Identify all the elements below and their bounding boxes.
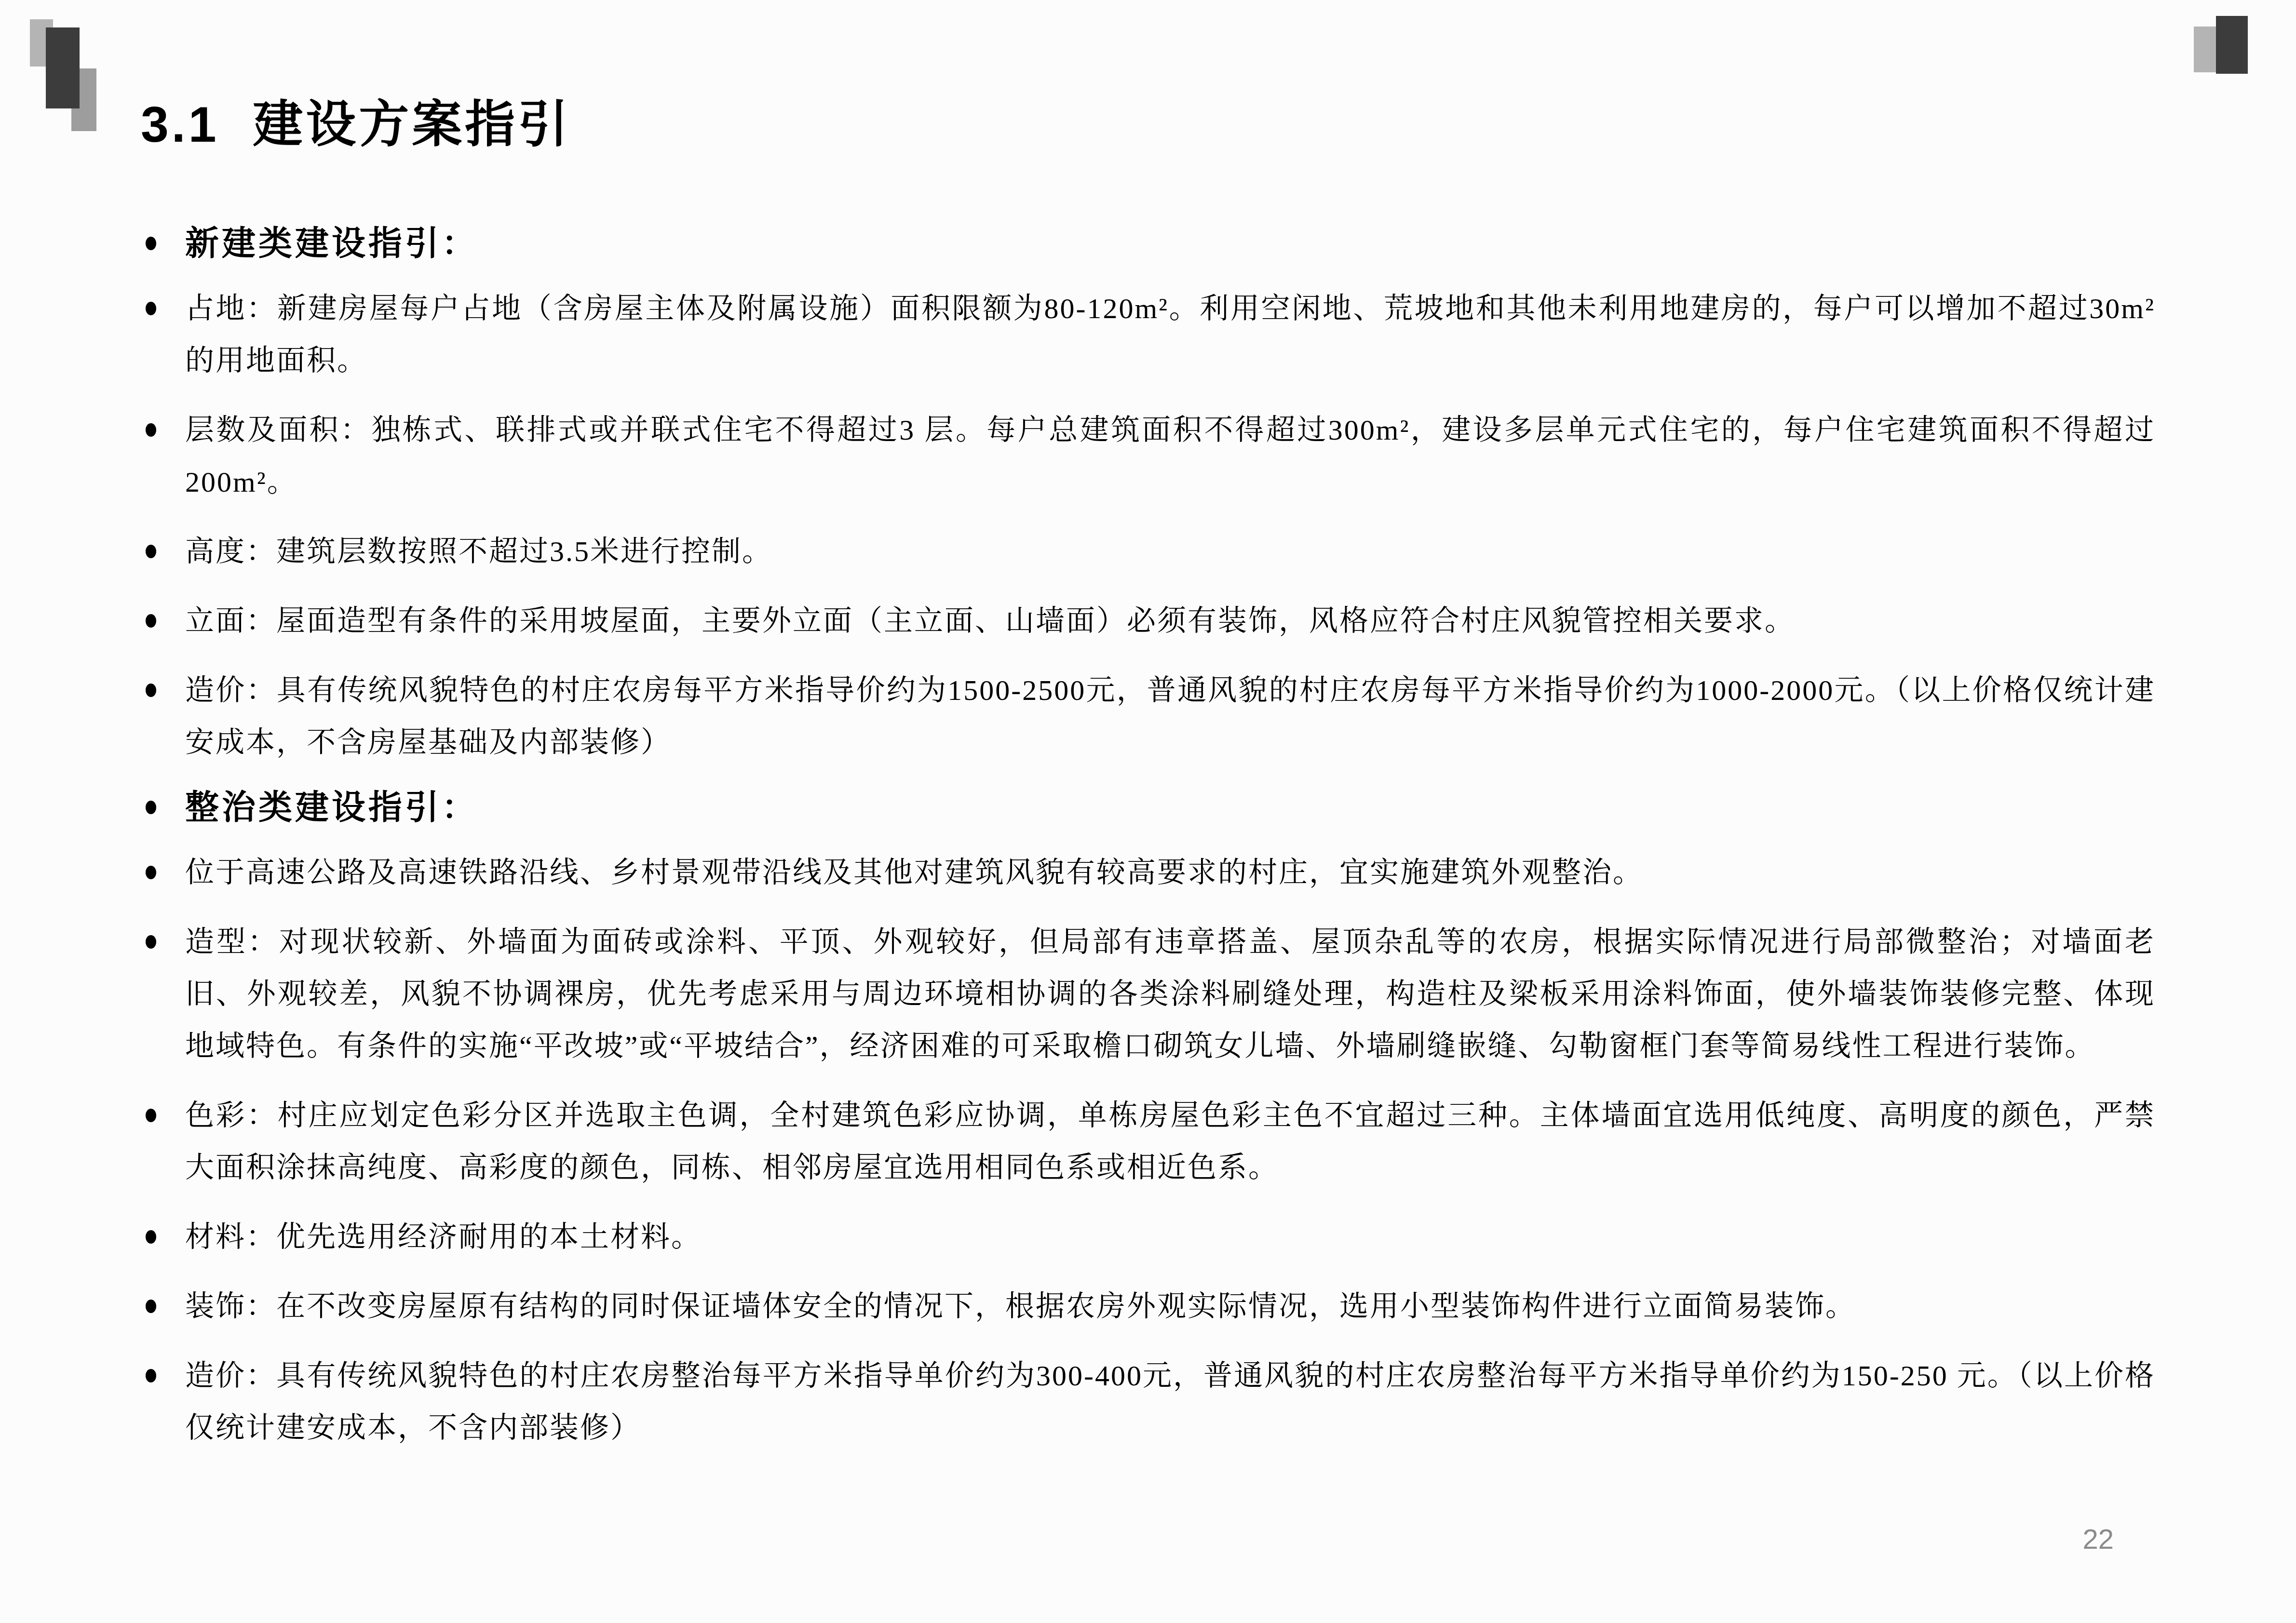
page-title: 3.1 建设方案指引 (0, 0, 2296, 154)
page-number: 22 (2082, 1523, 2114, 1556)
bullet-text: 占地：新建房屋每户占地（含房屋主体及附属设施）面积限额为80-120m²。利用空… (185, 293, 2155, 376)
bullet-item-material: 材料：优先选用经济耐用的本土材料。 (141, 1211, 2155, 1263)
bullet-dot-icon (146, 1109, 156, 1122)
bullet-dot-icon (146, 935, 156, 949)
bullet-item-height: 高度：建筑层数按照不超过3.5米进行控制。 (141, 525, 2155, 577)
bullet-dot-icon (146, 1230, 156, 1244)
bullet-dot-icon (146, 302, 156, 315)
bullet-dot-icon (146, 237, 156, 250)
bullet-text: 位于高速公路及高速铁路沿线、乡村景观带沿线及其他对建筑风貌有较高要求的村庄，宜实… (185, 857, 1643, 888)
bullet-text: 立面：屋面造型有条件的采用坡屋面，主要外立面（主立面、山墙面）必须有装饰，风格应… (185, 605, 1795, 637)
bullet-text: 材料：优先选用经济耐用的本土材料。 (185, 1221, 702, 1253)
section-heading-text: 新建类建设指引： (185, 225, 478, 262)
bullet-item-color: 色彩：村庄应划定色彩分区并选取主色调，全村建筑色彩应协调，单栋房屋色彩主色不宜超… (141, 1089, 2155, 1194)
bullet-text: 高度：建筑层数按照不超过3.5米进行控制。 (185, 536, 772, 567)
bullet-text: 造价：具有传统风貌特色的村庄农房整治每平方米指导单价约为300-400元，普通风… (185, 1360, 2155, 1444)
guideline-list: 新建类建设指引： 占地：新建房屋每户占地（含房屋主体及附属设施）面积限额为80-… (141, 222, 2155, 1454)
bullet-item-decoration: 装饰：在不改变房屋原有结构的同时保证墙体安全的情况下，根据农房外观实际情况，选用… (141, 1280, 2155, 1332)
bullet-item-land: 占地：新建房屋每户占地（含房屋主体及附属设施）面积限额为80-120m²。利用空… (141, 282, 2155, 387)
bullet-dot-icon (146, 866, 156, 879)
bullet-item-shape: 造型：对现状较新、外墙面为面砖或涂料、平顶、外观较好，但局部有违章搭盖、屋顶杂乱… (141, 916, 2155, 1072)
bullet-dot-icon (146, 1369, 156, 1382)
bullet-text: 造型：对现状较新、外墙面为面砖或涂料、平顶、外观较好，但局部有违章搭盖、屋顶杂乱… (185, 926, 2155, 1062)
bullet-dot-icon (146, 614, 156, 628)
bullet-dot-icon (146, 545, 156, 558)
section-heading-text: 整治类建设指引： (185, 789, 478, 826)
bullet-item-cost-renovation: 造价：具有传统风貌特色的村庄农房整治每平方米指导单价约为300-400元，普通风… (141, 1350, 2155, 1454)
section-heading-renovation: 整治类建设指引： (141, 786, 2155, 829)
section-heading-newbuild: 新建类建设指引： (141, 222, 2155, 265)
corner-decor-rect-dark-topleft (46, 27, 80, 108)
bullet-dot-icon (146, 684, 156, 697)
bullet-item-facade: 立面：屋面造型有条件的采用坡屋面，主要外立面（主立面、山墙面）必须有装饰，风格应… (141, 595, 2155, 647)
bullet-dot-icon (146, 1300, 156, 1313)
corner-decor-rect-dark-topright (2216, 16, 2248, 74)
bullet-item-floors-area: 层数及面积：独栋式、联排式或并联式住宅不得超过3 层。每户总建筑面积不得超过30… (141, 404, 2155, 508)
bullet-item-cost-newbuild: 造价：具有传统风貌特色的村庄农房每平方米指导价约为1500-2500元，普通风貌… (141, 664, 2155, 768)
bullet-text: 装饰：在不改变房屋原有结构的同时保证墙体安全的情况下，根据农房外观实际情况，选用… (185, 1290, 1856, 1322)
bullet-dot-icon (146, 423, 156, 437)
bullet-text: 层数及面积：独栋式、联排式或并联式住宅不得超过3 层。每户总建筑面积不得超过30… (185, 414, 2155, 498)
bullet-text: 色彩：村庄应划定色彩分区并选取主色调，全村建筑色彩应协调，单栋房屋色彩主色不宜超… (185, 1100, 2155, 1183)
bullet-dot-icon (146, 801, 156, 814)
bullet-item-scope: 位于高速公路及高速铁路沿线、乡村景观带沿线及其他对建筑风貌有较高要求的村庄，宜实… (141, 846, 2155, 899)
corner-decor-rect-light-topright (2194, 27, 2217, 72)
slide-page: 3.1 建设方案指引 新建类建设指引： 占地：新建房屋每户占地（含房屋主体及附属… (0, 0, 2296, 1623)
bullet-text: 造价：具有传统风貌特色的村庄农房每平方米指导价约为1500-2500元，普通风貌… (185, 674, 2155, 758)
